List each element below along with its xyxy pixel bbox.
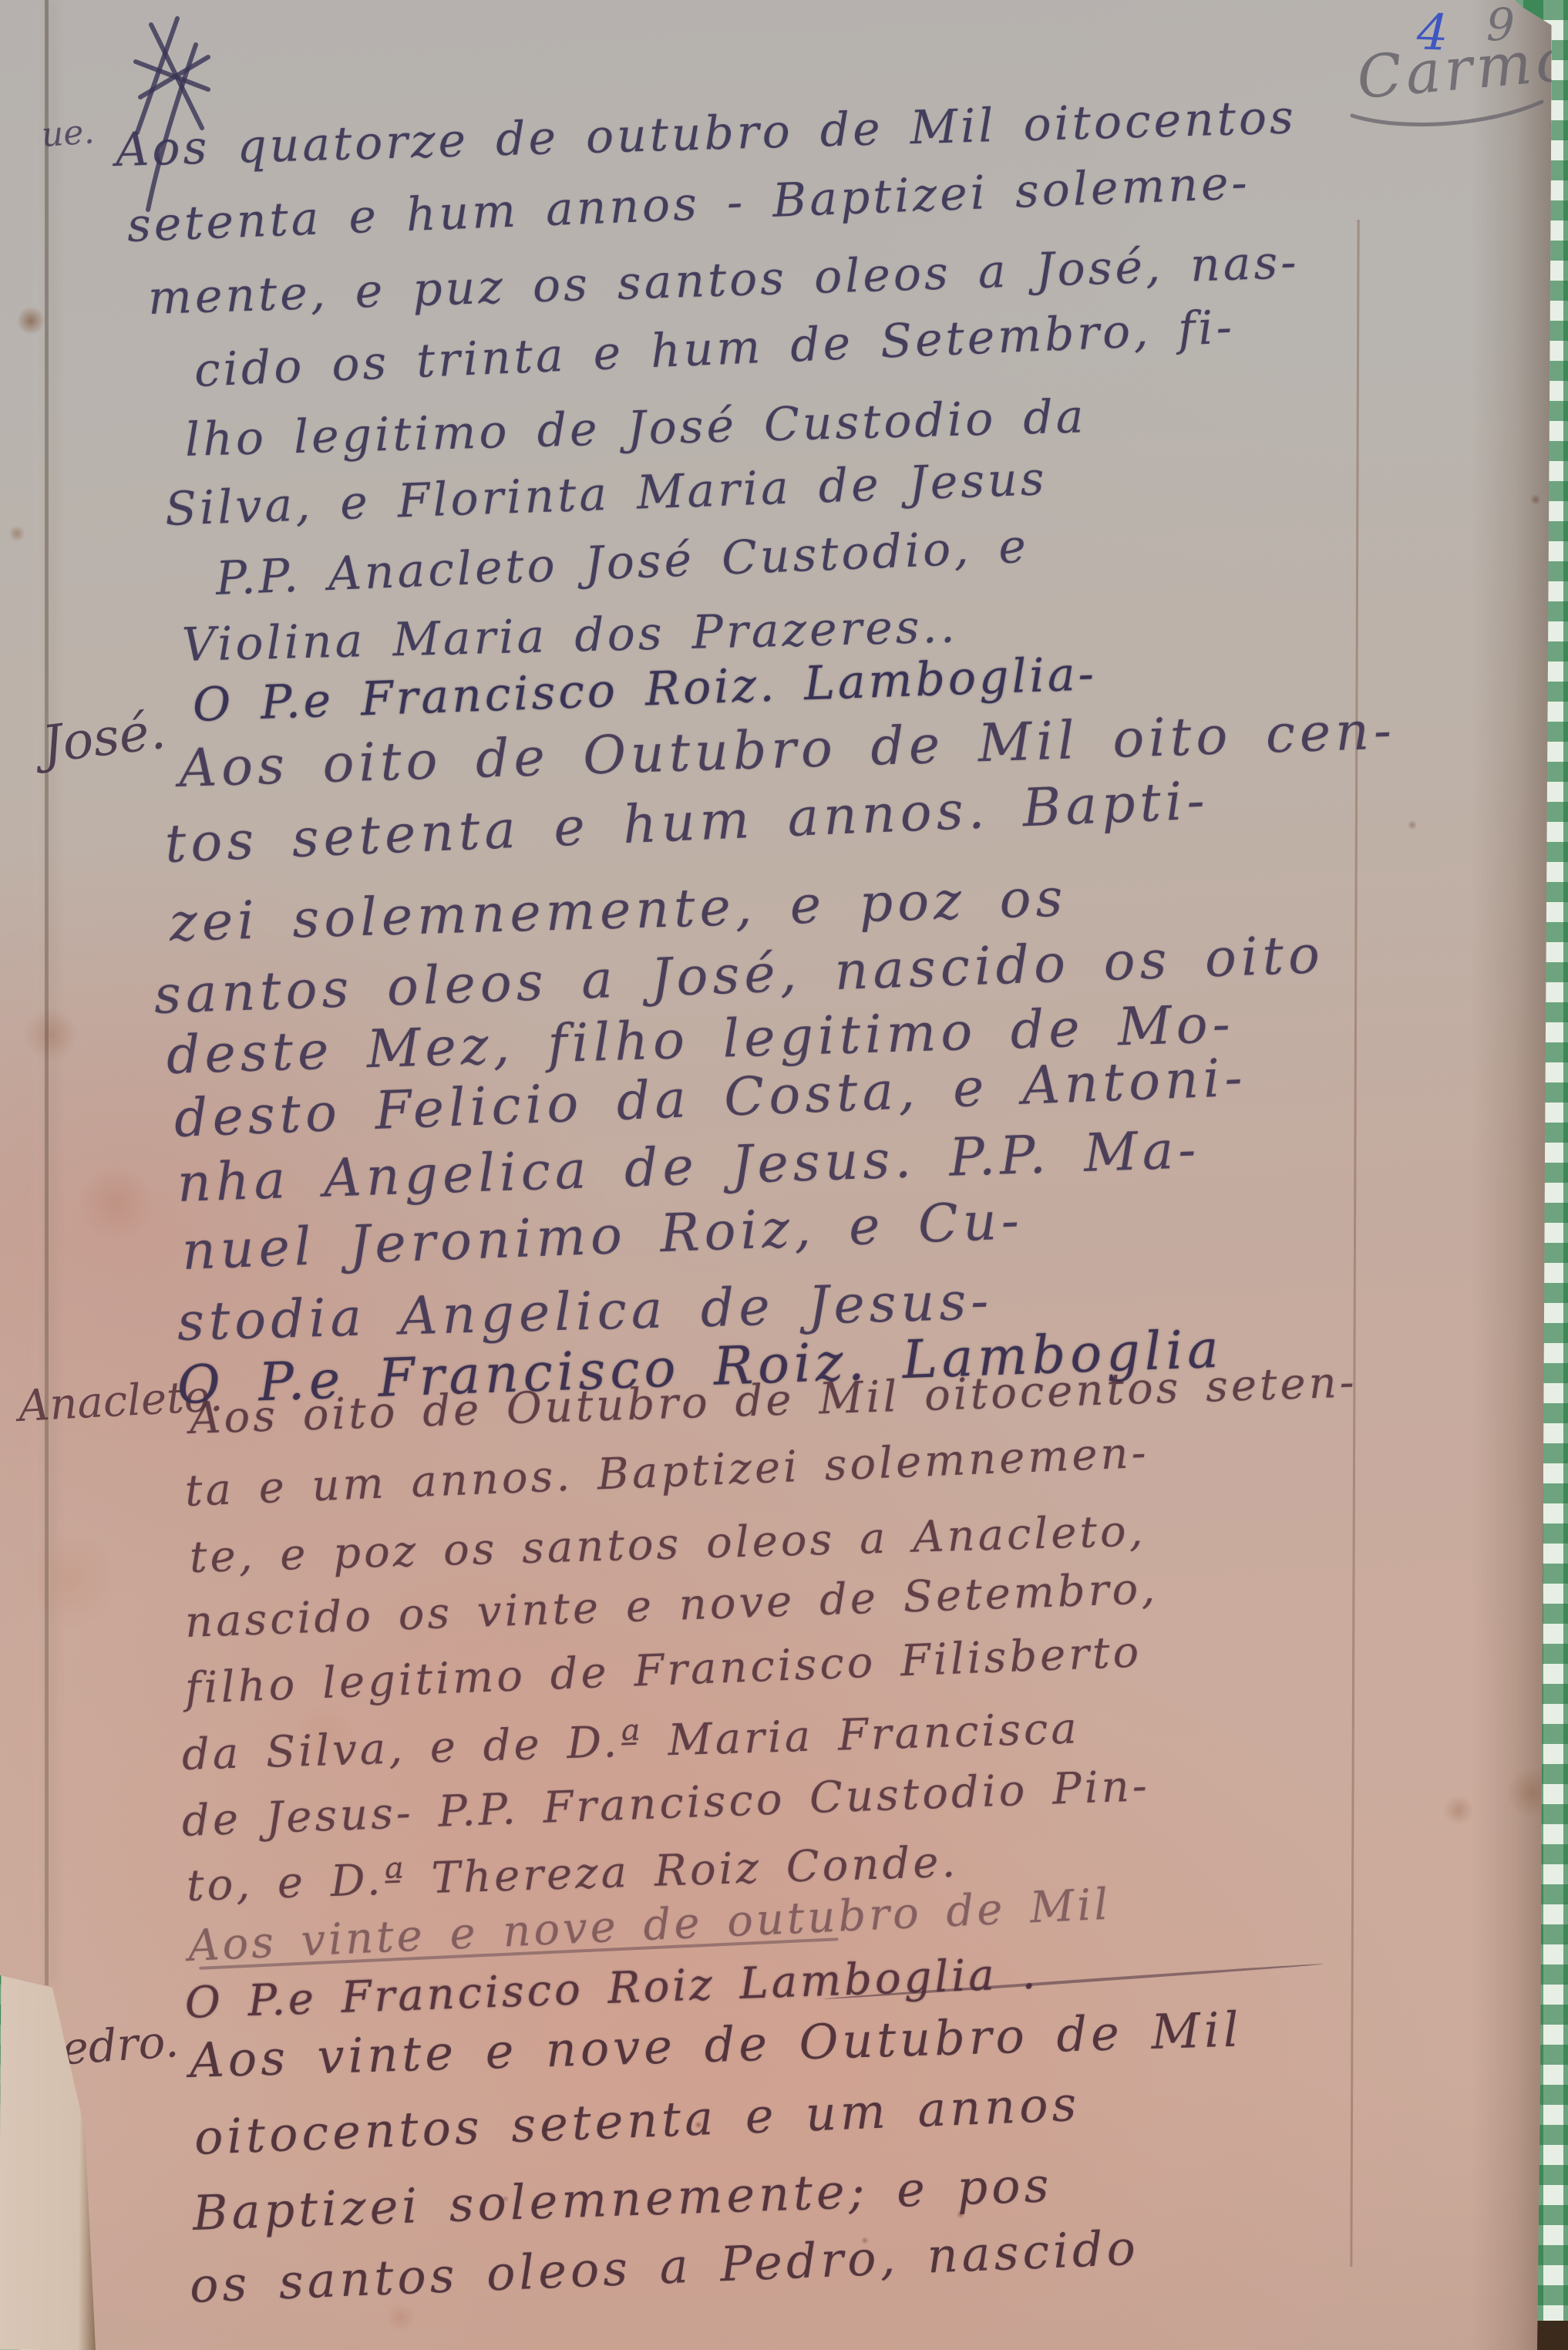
register-page: 4 9 Carmo ue. José. Anacleto. Pedro. Aos… [0,0,1568,2350]
record-line: oitocentos setenta e um annos [193,2076,1082,2166]
record-line: P.P. Anacleto José Custodio, e [215,520,1030,606]
photo-canvas: 4 9 Carmo ue. José. Anacleto. Pedro. Aos… [0,0,1568,2350]
margin-name-jose: José. [39,701,168,775]
right-edge-shading [1471,0,1551,2350]
left-fold-crease [45,0,49,1985]
pencil-underline-flourish [1348,94,1548,133]
margin-fragment: ue. [40,112,96,155]
crossed-out-scribble [122,11,237,219]
margin-rule-line [1350,220,1359,2267]
record-line: ta e um annos. Baptizei solemnemen- [184,1428,1150,1517]
